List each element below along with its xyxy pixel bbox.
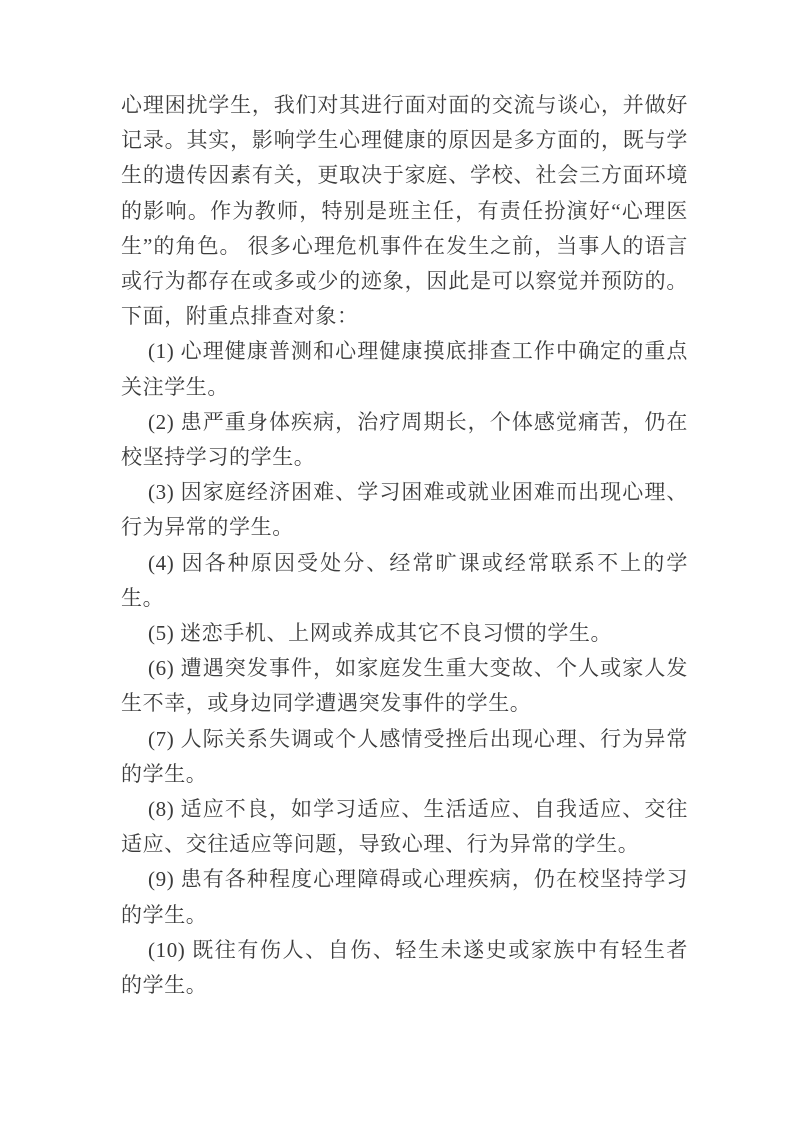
document-page: 心理困扰学生，我们对其进行面对面的交流与谈心，并做好记录。其实，影响学生心理健康… — [0, 0, 793, 1122]
paragraph-item-2: (2) 患严重身体疾病，治疗周期长，个体感觉痛苦，仍在校坚持学习的学生。 — [121, 405, 688, 475]
document-body: 心理困扰学生，我们对其进行面对面的交流与谈心，并做好记录。其实，影响学生心理健康… — [121, 88, 688, 1003]
paragraph-item-6: (6) 遭遇突发事件，如家庭发生重大变故、个人或家人发生不幸，或身边同学遭遇突发… — [121, 651, 688, 721]
paragraph-item-3: (3) 因家庭经济困难、学习困难或就业困难而出现心理、行为异常的学生。 — [121, 475, 688, 545]
paragraph-item-7: (7) 人际关系失调或个人感情受挫后出现心理、行为异常的学生。 — [121, 722, 688, 792]
paragraph-item-10: (10) 既往有伤人、自伤、轻生未遂史或家族中有轻生者的学生。 — [121, 933, 688, 1003]
paragraph-item-9: (9) 患有各种程度心理障碍或心理疾病，仍在校坚持学习的学生。 — [121, 862, 688, 932]
paragraph-item-5: (5) 迷恋手机、上网或养成其它不良习惯的学生。 — [121, 616, 688, 651]
paragraph-item-4: (4) 因各种原因受处分、经常旷课或经常联系不上的学生。 — [121, 546, 688, 616]
paragraph-item-1: (1) 心理健康普测和心理健康摸底排查工作中确定的重点关注学生。 — [121, 334, 688, 404]
paragraph-item-8: (8) 适应不良，如学习适应、生活适应、自我适应、交往适应、交往适应等问题，导致… — [121, 792, 688, 862]
paragraph-intro: 心理困扰学生，我们对其进行面对面的交流与谈心，并做好记录。其实，影响学生心理健康… — [121, 88, 688, 334]
